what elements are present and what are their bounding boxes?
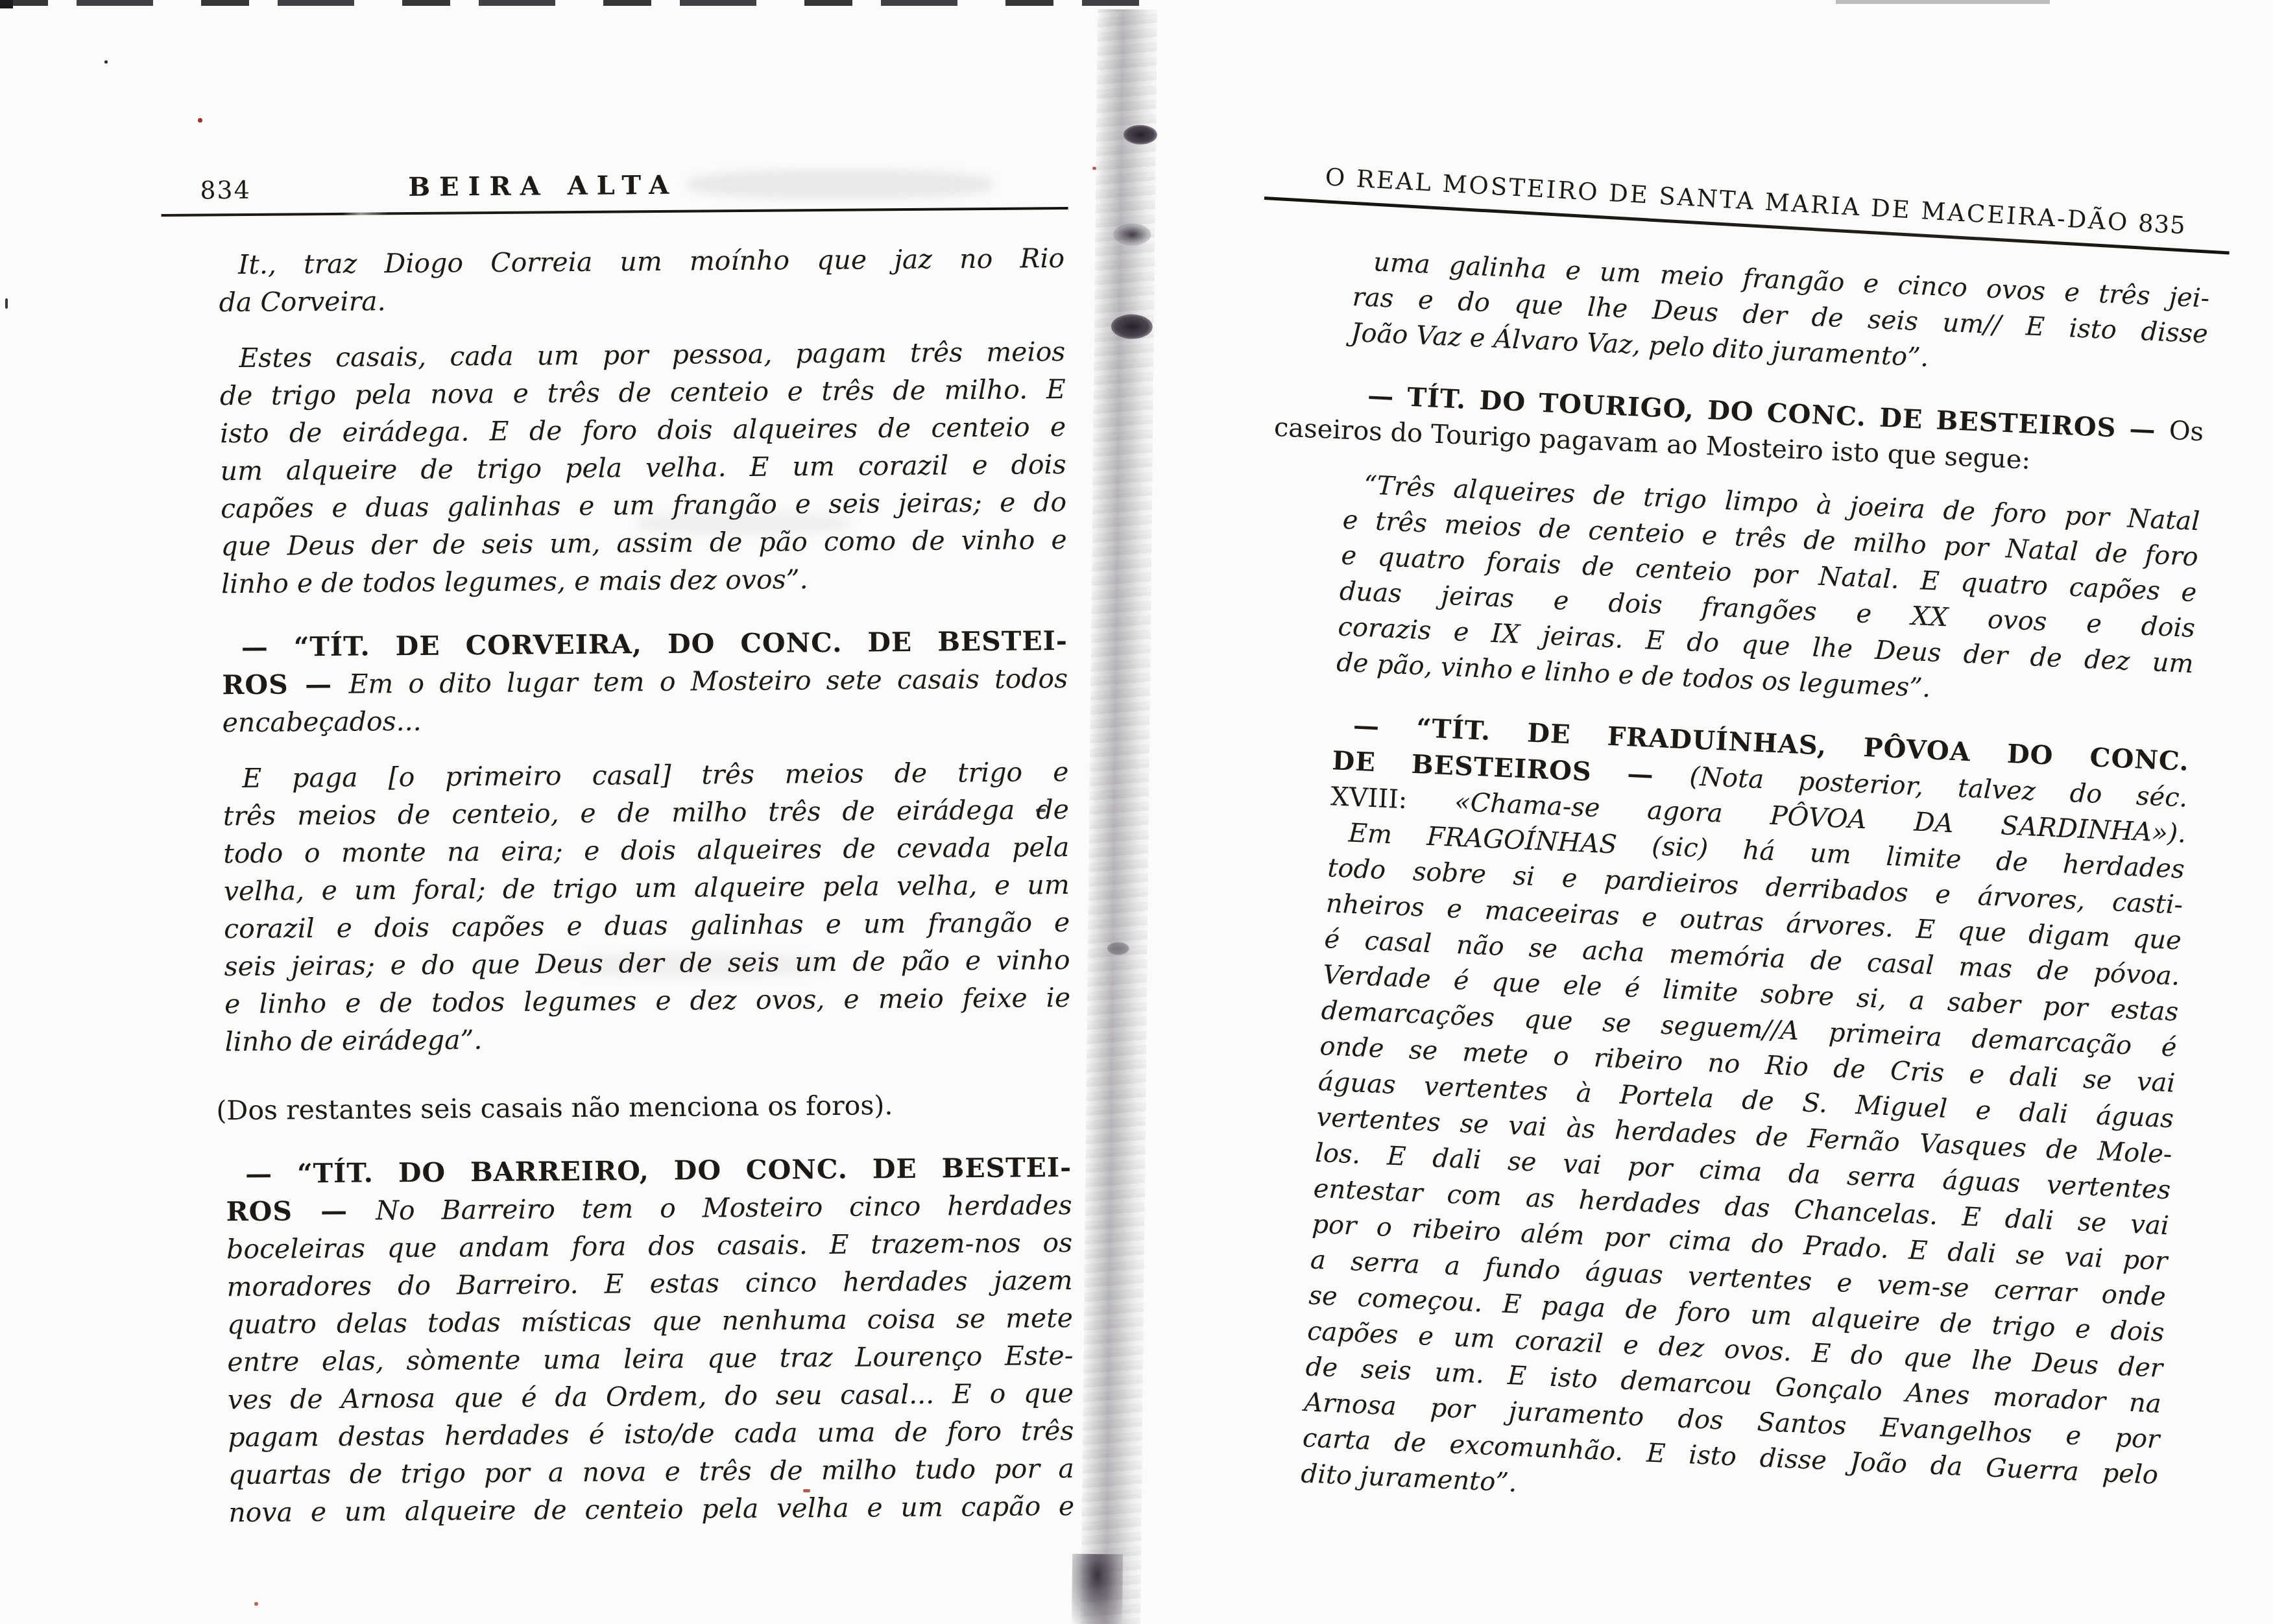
page-left: 834 BEIRA ALTA It., traz Diogo Correia u… bbox=[161, 159, 1078, 1532]
page-right-header: O REAL MOSTEIRO DE SANTA MARIA DE MACEIR… bbox=[1264, 160, 2231, 254]
text-segment: um alqueire de trigo pela velha. E um co… bbox=[221, 449, 1066, 486]
paragraph: — “TÍT. DE CORVEIRA, DO CONC. DE BESTEI-… bbox=[222, 622, 1068, 741]
text-segment: XVIII: bbox=[1330, 782, 1455, 817]
binding-mark bbox=[1124, 125, 1157, 145]
text-segment: encabeçados... bbox=[222, 706, 422, 738]
text-segment: moradores do Barreiro. E estas cinco her… bbox=[226, 1265, 1072, 1302]
text-segment: Estes casais, cada um por pessoa, pagam … bbox=[239, 336, 1065, 374]
page-left-header: 834 BEIRA ALTA bbox=[161, 159, 1068, 208]
text-segment: linho de eirádega”. bbox=[224, 1024, 482, 1057]
page-left-body: It., traz Diogo Correia um moínho que ja… bbox=[219, 239, 1075, 1531]
text-segment: No Barreiro tem o Mosteiro cinco herdade… bbox=[376, 1189, 1072, 1226]
paragraph: Estes casais, cada um por pessoa, pagam … bbox=[219, 333, 1067, 603]
scan-top-edge-artifact bbox=[1836, 0, 2050, 4]
text-line: quartas de trigo por a nova e três de mi… bbox=[228, 1450, 1074, 1494]
paragraph: (Dos restantes seis casais não menciona … bbox=[225, 1085, 1071, 1129]
text-segment: corazil e dois capões e duas galinhas e … bbox=[224, 907, 1070, 944]
text-segment: isto de eirádega. E de foro dois alqueir… bbox=[220, 411, 1066, 449]
book-gutter-shadow bbox=[1081, 9, 1157, 1624]
text-line: isto de eirádega. E de foro dois alqueir… bbox=[220, 408, 1066, 452]
text-line: três meios de centeio, e de milho três d… bbox=[223, 791, 1069, 835]
binding-mark bbox=[1111, 314, 1153, 339]
text-line: pagam destas herdades é isto/de cada uma… bbox=[228, 1412, 1074, 1456]
text-segment: — “TÍT. DO BARREIRO, DO CONC. DE BESTEI- bbox=[245, 1152, 1072, 1189]
text-line: ves de Arnosa que é da Ordem, do seu cas… bbox=[228, 1374, 1074, 1418]
text-segment: dito juramento”. bbox=[1301, 1459, 1518, 1498]
text-segment: ROS — bbox=[222, 669, 349, 701]
text-line: boceleiras que andam fora dos casais. E … bbox=[226, 1224, 1072, 1268]
paragraph: uma galinha e um meio frangão e cinco ov… bbox=[1350, 244, 2210, 388]
text-segment: nova e um alqueire de centeio pela velha… bbox=[228, 1490, 1074, 1528]
text-segment: quatro delas todas místicas que nenhuma … bbox=[227, 1302, 1073, 1340]
text-line: velha, e um foral; de trigo um alqueire … bbox=[224, 866, 1070, 910]
page-right-body: uma galinha e um meio frangão e cinco ov… bbox=[1300, 244, 2210, 1529]
text-segment: E paga [o primeiro casal] três meios de … bbox=[242, 756, 1068, 794]
text-segment: todo o monte na eira; e dois alqueires d… bbox=[223, 831, 1069, 869]
text-line: da Corveira. bbox=[219, 277, 1064, 321]
paragraph: Em FRAGOÍNHAS (sic) há um limite de herd… bbox=[1300, 815, 2185, 1529]
text-segment: ROS — bbox=[226, 1195, 376, 1227]
text-segment: e linho e de todos legumes e dez ovos, e… bbox=[224, 982, 1070, 1020]
text-segment: da Corveira. bbox=[219, 285, 385, 318]
text-line: todo o monte na eira; e dois alqueires d… bbox=[223, 828, 1069, 872]
text-segment: de trigo pela nova e três de centeio e t… bbox=[220, 374, 1066, 411]
text-segment: Os bbox=[2169, 416, 2204, 447]
text-line: linho de eirádega”. bbox=[224, 1016, 1070, 1060]
text-line: seis jeiras; e do que Deus der de seis u… bbox=[224, 941, 1070, 985]
text-segment: entre elas, sòmente uma leira que traz L… bbox=[227, 1340, 1073, 1378]
scan-top-edge-artifact bbox=[0, 0, 1139, 6]
gutter-texture bbox=[1081, 9, 1157, 1624]
header-rule-left bbox=[162, 207, 1068, 217]
binding-mark bbox=[1072, 1554, 1123, 1624]
text-line: ROS — Em o dito lugar tem o Mosteiro set… bbox=[222, 660, 1068, 704]
text-line: corazil e dois capões e duas galinhas e … bbox=[224, 903, 1070, 948]
red-speck bbox=[198, 118, 202, 123]
binding-mark bbox=[1113, 223, 1151, 246]
paragraph: — “TÍT. DO BARREIRO, DO CONC. DE BESTEI-… bbox=[226, 1149, 1075, 1531]
text-segment: velha, e um foral; de trigo um alqueire … bbox=[224, 869, 1070, 907]
page-right: O REAL MOSTEIRO DE SANTA MARIA DE MACEIR… bbox=[1209, 160, 2232, 1530]
text-line: Estes casais, cada um por pessoa, pagam … bbox=[219, 333, 1065, 377]
book-scan: 834 BEIRA ALTA It., traz Diogo Correia u… bbox=[0, 0, 2273, 1624]
text-line: um alqueire de trigo pela velha. E um co… bbox=[220, 446, 1066, 490]
text-segment: — “TÍT. DE CORVEIRA, DO CONC. DE BESTEI- bbox=[241, 625, 1068, 663]
ink-speck bbox=[104, 60, 108, 64]
text-line: e linho e de todos legumes e dez ovos, e… bbox=[224, 979, 1070, 1023]
text-line: nova e um alqueire de centeio pela velha… bbox=[228, 1487, 1074, 1531]
text-line: — “TÍT. DO BARREIRO, DO CONC. DE BESTEI- bbox=[226, 1149, 1072, 1193]
text-segment: que Deus der de seis um, assim de pão co… bbox=[221, 524, 1066, 562]
edge-mark bbox=[5, 298, 8, 309]
text-line: de trigo pela nova e três de centeio e t… bbox=[220, 370, 1066, 414]
text-segment: It., traz Diogo Correia um moínho que ja… bbox=[238, 243, 1064, 280]
text-segment: Em o dito lugar tem o Mosteiro sete casa… bbox=[348, 663, 1068, 700]
running-title-right-row: O REAL MOSTEIRO DE SANTA MARIA DE MACEIR… bbox=[1265, 160, 2231, 242]
text-line: encabeçados... bbox=[222, 697, 1068, 741]
text-segment: boceleiras que andam fora dos casais. E … bbox=[226, 1227, 1072, 1265]
text-line: entre elas, sòmente uma leira que traz L… bbox=[227, 1337, 1073, 1381]
text-segment: seis jeiras; e do que Deus der de seis u… bbox=[224, 944, 1070, 982]
paragraph: — TÍT. DO TOURIGO, DO CONC. DE BESTEIROS… bbox=[1346, 377, 2205, 486]
text-line: quatro delas todas místicas que nenhuma … bbox=[227, 1299, 1073, 1343]
text-line: — “TÍT. DE CORVEIRA, DO CONC. DE BESTEI- bbox=[222, 622, 1068, 666]
paragraph: It., traz Diogo Correia um moínho que ja… bbox=[219, 239, 1065, 321]
red-speck bbox=[254, 1602, 258, 1606]
text-line: linho e de todos legumes, e mais dez ovo… bbox=[221, 558, 1067, 603]
text-segment: três meios de centeio, e de milho três d… bbox=[223, 794, 1069, 831]
text-line: capões e duas galinhas e um frangão e se… bbox=[221, 483, 1066, 527]
text-line: It., traz Diogo Correia um moínho que ja… bbox=[219, 239, 1064, 283]
paragraph: “Três alqueires de trigo limpo à joeira … bbox=[1336, 467, 2200, 718]
text-line: E paga [o primeiro casal] três meios de … bbox=[222, 753, 1068, 797]
red-speck bbox=[1092, 167, 1096, 170]
text-segment: pagam destas herdades é isto/de cada uma… bbox=[228, 1415, 1074, 1453]
text-segment: (Dos restantes seis casais não menciona … bbox=[216, 1090, 893, 1126]
text-segment: linho e de todos legumes, e mais dez ovo… bbox=[221, 564, 808, 599]
running-title-left: BEIRA ALTA bbox=[90, 167, 996, 205]
text-segment: ves de Arnosa que é da Ordem, do seu cas… bbox=[228, 1378, 1074, 1415]
text-line: moradores do Barreiro. E estas cinco her… bbox=[226, 1261, 1072, 1306]
text-segment: capões e duas galinhas e um frangão e se… bbox=[221, 486, 1066, 524]
paragraph: E paga [o primeiro casal] três meios de … bbox=[222, 753, 1071, 1060]
text-line: ROS — No Barreiro tem o Mosteiro cinco h… bbox=[226, 1186, 1072, 1230]
text-segment: quartas de trigo por a nova e três de mi… bbox=[228, 1453, 1074, 1490]
text-line: (Dos restantes seis casais não menciona … bbox=[216, 1085, 1071, 1129]
text-line: que Deus der de seis um, assim de pão co… bbox=[221, 521, 1066, 565]
page-number-right: 835 bbox=[2137, 209, 2187, 239]
binding-mark bbox=[1107, 942, 1129, 955]
